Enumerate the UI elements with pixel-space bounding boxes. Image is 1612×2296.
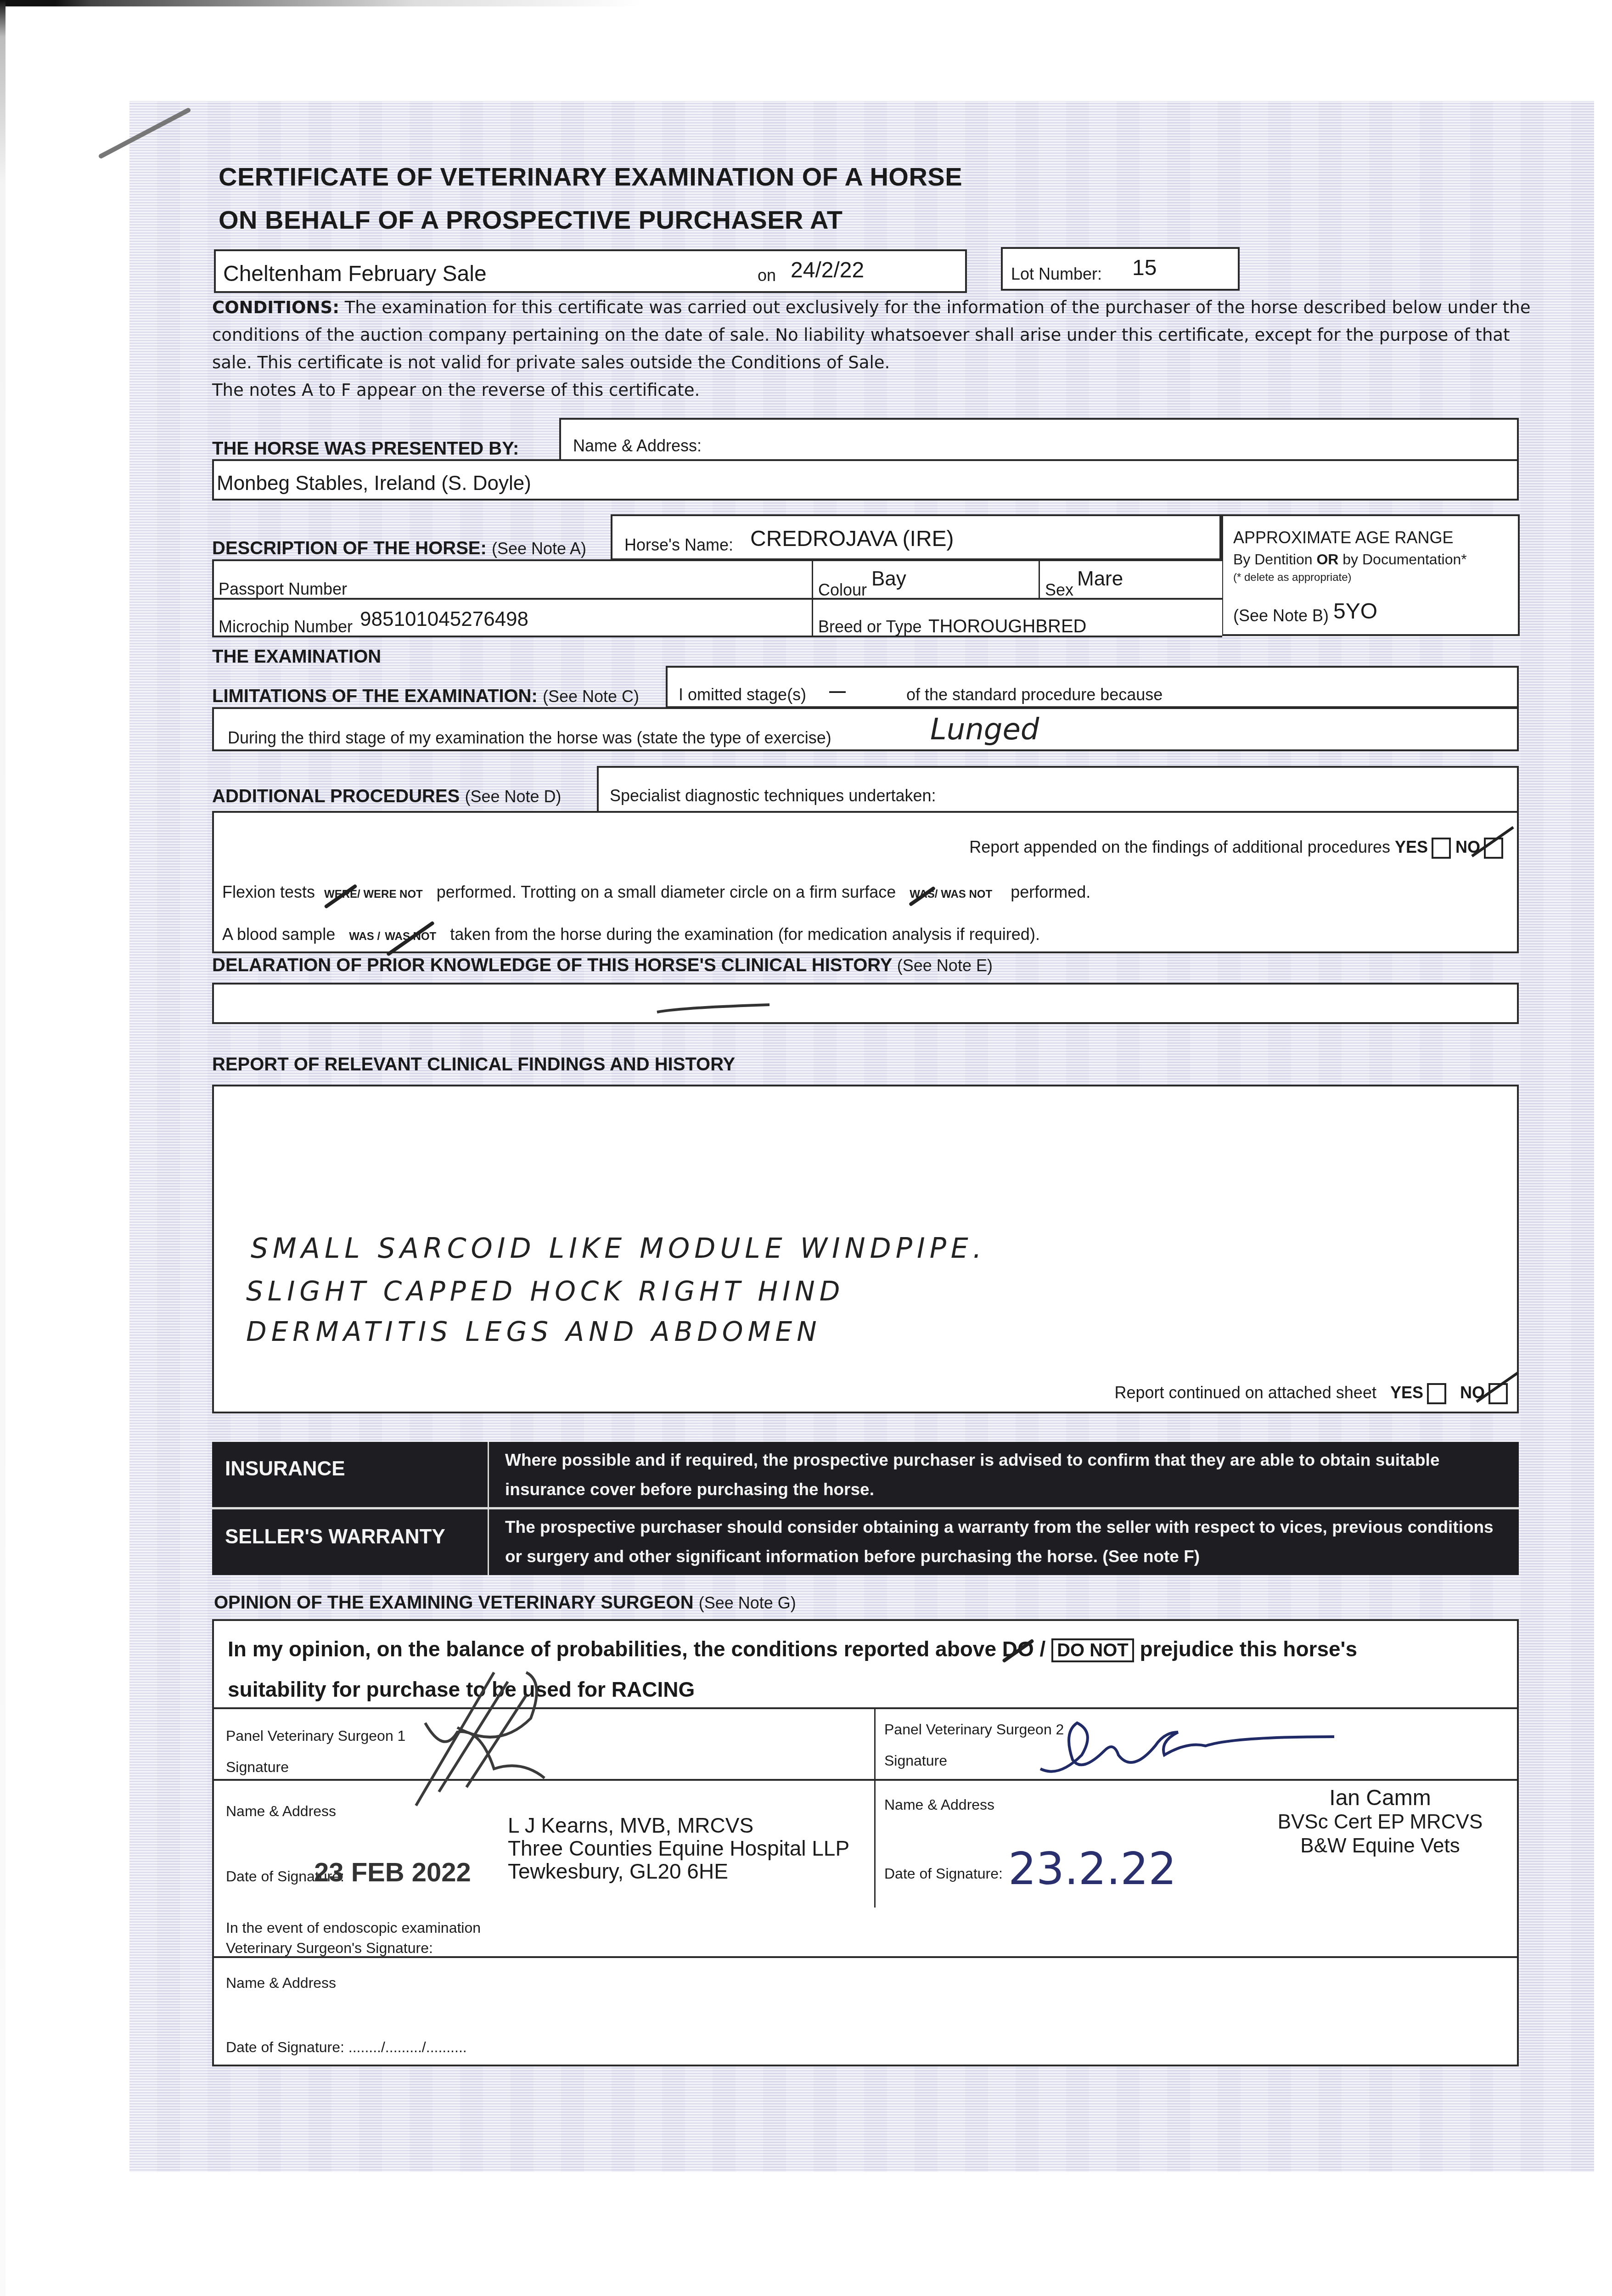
flexion-mid: performed. Trotting on a small diameter … (437, 883, 896, 901)
omitted-prefix: I omitted stage(s) (679, 685, 806, 704)
specialist-field[interactable]: Specialist diagnostic techniques underta… (597, 766, 1519, 812)
third-stage-label: During the third stage of my examination… (228, 728, 831, 748)
opinion-heading-text: OPINION OF THE EXAMINING VETERINARY SURG… (214, 1593, 694, 1613)
microchip-value[interactable]: 985101045276498 (360, 608, 528, 631)
report-appended-yes-checkbox[interactable] (1432, 838, 1451, 859)
declaration-heading-text: DELARATION OF PRIOR KNOWLEDGE OF THIS HO… (212, 955, 892, 975)
declaration-note: (See Note E) (897, 956, 993, 975)
endoscopic-date-label[interactable]: Date of Signature: ......../........./..… (226, 2039, 467, 2056)
trot-suffix: performed. (1011, 883, 1090, 901)
report-appended-no-checkbox[interactable] (1484, 838, 1503, 859)
warranty-heading: SELLER'S WARRANTY (225, 1525, 445, 1548)
opinion-use: RACING (612, 1677, 695, 1701)
report-continued-row: Report continued on attached sheet YES N… (212, 1372, 1519, 1413)
divider (1039, 561, 1040, 600)
insurance-text: Where possible and if required, the pros… (505, 1446, 1506, 1504)
endoscopic-name-address-label[interactable]: Name & Address (226, 1975, 336, 1992)
breed-label: Breed or Type (818, 617, 921, 636)
age-method: By Dentition OR by Documentation* (1233, 551, 1467, 568)
presented-name-address-box: Name & Address: (559, 418, 1519, 460)
opinion-text-b: prejudice this horse's (1140, 1637, 1358, 1661)
surgeon2-qualifications: BVSc Cert EP MRCVS (1265, 1810, 1495, 1834)
report-field[interactable]: SMALL SARCOID LIKE MODULE WINDPIPE. SLIG… (212, 1085, 1519, 1374)
breed-value[interactable]: THOROUGHBRED (928, 616, 1086, 637)
description-note: (See Note A) (492, 539, 586, 558)
surgeon2-signature-icon[interactable] (1040, 1714, 1362, 1778)
sale-on-label: on (758, 266, 776, 285)
surgeon2-name-address-label: Name & Address (884, 1796, 994, 1813)
specialist-label: Specialist diagnostic techniques underta… (610, 786, 936, 805)
opinion-do-struck: DO (1002, 1637, 1034, 1661)
insurance-warranty-band: INSURANCE Where possible and if required… (212, 1442, 1519, 1575)
horse-name-field[interactable]: Horse's Name: CREDROJAVA (IRE) (611, 514, 1221, 560)
pen-mark-icon (96, 106, 207, 161)
age-method-documentation: by Documentation* (1338, 551, 1466, 568)
colour-value[interactable]: Bay (871, 568, 906, 591)
report-continued-yes-checkbox[interactable] (1427, 1383, 1446, 1404)
yes-label: YES (1395, 838, 1428, 856)
flexion-were-struck: WERE (324, 888, 357, 901)
opinion-do-not-selected[interactable]: DO NOT (1051, 1638, 1134, 1662)
age-range-box[interactable]: APPROXIMATE AGE RANGE By Dentition OR by… (1221, 514, 1520, 636)
horse-name-value: CREDROJAVA (IRE) (750, 526, 954, 551)
description-heading-text: DESCRIPTION OF THE HORSE: (212, 538, 487, 558)
report-continued-label: Report continued on attached sheet (1115, 1383, 1376, 1402)
third-stage-field[interactable]: During the third stage of my examination… (212, 707, 1519, 751)
surgeons-box: Panel Veterinary Surgeon 1 Signature Nam… (212, 1707, 1519, 1909)
flexion-were-not: / WERE NOT (357, 888, 423, 900)
sale-name: Cheltenham February Sale (223, 261, 487, 287)
flexion-text: Flexion tests WERE/ WERE NOT performed. … (222, 883, 1090, 902)
age-value: 5YO (1333, 599, 1377, 624)
flexion-prefix: Flexion tests (222, 883, 315, 901)
title-line-1: CERTIFICATE OF VETERINARY EXAMINATION OF… (219, 162, 962, 191)
microchip-label: Microchip Number (219, 617, 353, 636)
warranty-text: The prospective purchaser should conside… (505, 1513, 1506, 1571)
limitations-note: (See Note C) (543, 687, 639, 706)
horse-name-label: Horse's Name: (624, 535, 733, 555)
yes-label: YES (1390, 1383, 1423, 1402)
presented-by-value: Monbeg Stables, Ireland (S. Doyle) (217, 472, 531, 495)
title-line-2: ON BEHALF OF A PROSPECTIVE PURCHASER AT (219, 205, 843, 235)
opinion-note: (See Note G) (699, 1593, 796, 1612)
endoscopic-label-2: Veterinary Surgeon's Signature: (226, 1940, 433, 1957)
surgeon1-address: Tewkesbury, GL20 6HE (508, 1860, 849, 1883)
description-heading: DESCRIPTION OF THE HORSE: (See Note A) (212, 538, 586, 559)
omitted-suffix: of the standard procedure because (906, 685, 1163, 704)
dash-mark-icon (655, 998, 774, 1017)
name-address-label: Name & Address: (573, 436, 702, 456)
surgeon2-date-label: Date of Signature: (884, 1865, 1003, 1882)
surgeon1-signature-icon[interactable] (388, 1654, 572, 1819)
passport-label: Passport Number (219, 580, 347, 599)
sex-label: Sex (1045, 580, 1073, 600)
surgeon2-date: 23.2.22 (1008, 1843, 1176, 1895)
age-see-note: (See Note B) (1233, 606, 1329, 625)
age-heading: APPROXIMATE AGE RANGE (1233, 528, 1453, 547)
surgeon1-stamp: L J Kearns, MVB, MRCVS Three Counties Eq… (508, 1814, 849, 1883)
surgeon1-signature-label: Signature (226, 1759, 289, 1776)
omitted-value: — (829, 681, 846, 701)
trot-was-struck: WAS (910, 888, 935, 901)
surgeon1-date: 23 FEB 2022 (314, 1857, 471, 1888)
report-appended-question: Report appended on the findings of addit… (969, 838, 1503, 859)
report-heading: REPORT OF RELEVANT CLINICAL FINDINGS AND… (212, 1054, 735, 1075)
divider (212, 1507, 1519, 1509)
report-line-2: SLIGHT CAPPED HOCK RIGHT HIND (246, 1276, 844, 1307)
age-delete-note: (* delete as appropriate) (1233, 571, 1351, 584)
additional-heading: ADDITIONAL PROCEDURES (See Note D) (212, 786, 562, 807)
blood-sample-text: A blood sample WAS / WAS NOT taken from … (222, 925, 1040, 944)
limitations-heading-text: LIMITATIONS OF THE EXAMINATION: (212, 686, 538, 706)
presented-by-heading: THE HORSE WAS PRESENTED BY: (212, 439, 519, 459)
report-line-3: DERMATITIS LEGS AND ABDOMEN (246, 1316, 821, 1347)
blood-prefix: A blood sample (222, 925, 335, 944)
opinion-heading: OPINION OF THE EXAMINING VETERINARY SURG… (214, 1593, 796, 1613)
divider (812, 561, 813, 600)
surgeon1-name: L J Kearns, MVB, MRCVS (508, 1814, 849, 1837)
third-stage-value: Lunged (930, 713, 1039, 747)
insurance-heading: INSURANCE (225, 1458, 345, 1480)
divider (812, 600, 813, 637)
sale-date: 24/2/22 (791, 258, 864, 283)
divider (874, 1709, 876, 1909)
conditions-heading: CONDITIONS: (212, 298, 339, 317)
microchip-row: Microchip Number 985101045276498 Breed o… (212, 598, 1222, 637)
scan-top-edge (0, 0, 1612, 6)
scan-left-edge (0, 0, 6, 2296)
surgeon2-practice: B&W Equine Vets (1265, 1834, 1495, 1858)
surgeon1-practice: Three Counties Equine Hospital LLP (508, 1837, 849, 1860)
age-method-or: OR (1316, 551, 1338, 568)
blood-sample-row: A blood sample WAS / WAS NOT taken from … (212, 909, 1519, 953)
lot-number-box[interactable]: Lot Number: 15 (1001, 247, 1240, 291)
lot-number-value: 15 (1132, 255, 1157, 281)
sale-box[interactable]: Cheltenham February Sale on 24/2/22 (214, 249, 967, 293)
opinion-text-a: In my opinion, on the balance of probabi… (228, 1637, 996, 1661)
surgeon2-name: Ian Camm (1265, 1786, 1495, 1810)
limitations-heading: LIMITATIONS OF THE EXAMINATION: (See Not… (212, 686, 639, 707)
blood-was-not-struck: WAS NOT (385, 930, 436, 943)
conditions-text: CONDITIONS: The examination for this cer… (212, 294, 1544, 404)
conditions-body: The examination for this certificate was… (212, 298, 1530, 372)
presented-by-field[interactable]: Monbeg Stables, Ireland (S. Doyle) (212, 459, 1519, 501)
flexion-row: Flexion tests WERE/ WERE NOT performed. … (212, 867, 1519, 911)
blood-suffix: taken from the horse during the examinat… (450, 925, 1040, 944)
declaration-heading: DELARATION OF PRIOR KNOWLEDGE OF THIS HO… (212, 955, 993, 976)
report-continued-no-checkbox[interactable] (1488, 1383, 1508, 1404)
passport-row: Passport Number Colour Bay Sex Mare (212, 559, 1222, 600)
declaration-field[interactable] (212, 983, 1519, 1024)
endoscopic-label-1: In the event of endoscopic examination (226, 1919, 481, 1936)
lot-number-label: Lot Number: (1011, 264, 1102, 284)
age-method-dentition: By Dentition (1233, 551, 1316, 568)
surgeon2-stamp: Ian Camm BVSc Cert EP MRCVS B&W Equine V… (1265, 1786, 1495, 1858)
omitted-stages-field[interactable]: I omitted stage(s) — of the standard pro… (666, 666, 1519, 708)
report-appended-row: Report appended on the findings of addit… (212, 811, 1519, 869)
sex-value[interactable]: Mare (1077, 568, 1123, 591)
surgeon2-signature-label: Signature (884, 1752, 947, 1769)
additional-heading-text: ADDITIONAL PROCEDURES (212, 786, 460, 806)
additional-note: (See Note D) (465, 787, 561, 806)
colour-label: Colour (818, 580, 867, 600)
report-appended-label: Report appended on the findings of addit… (969, 838, 1390, 856)
trot-was-not: / WAS NOT (935, 888, 992, 900)
report-line-1: SMALL SARCOID LIKE MODULE WINDPIPE. (251, 1232, 986, 1265)
report-continued-question: Report continued on attached sheet YES N… (1115, 1383, 1508, 1404)
surgeon2-title: Panel Veterinary Surgeon 2 (884, 1721, 1064, 1738)
surgeon1-title: Panel Veterinary Surgeon 1 (226, 1728, 405, 1745)
blood-was: WAS / (349, 930, 380, 943)
examination-heading: THE EXAMINATION (212, 647, 381, 667)
endoscopic-box: In the event of endoscopic examination V… (212, 1908, 1519, 2066)
conditions-notes: The notes A to F appear on the reverse o… (212, 380, 700, 400)
surgeon1-name-address-label: Name & Address (226, 1803, 336, 1820)
